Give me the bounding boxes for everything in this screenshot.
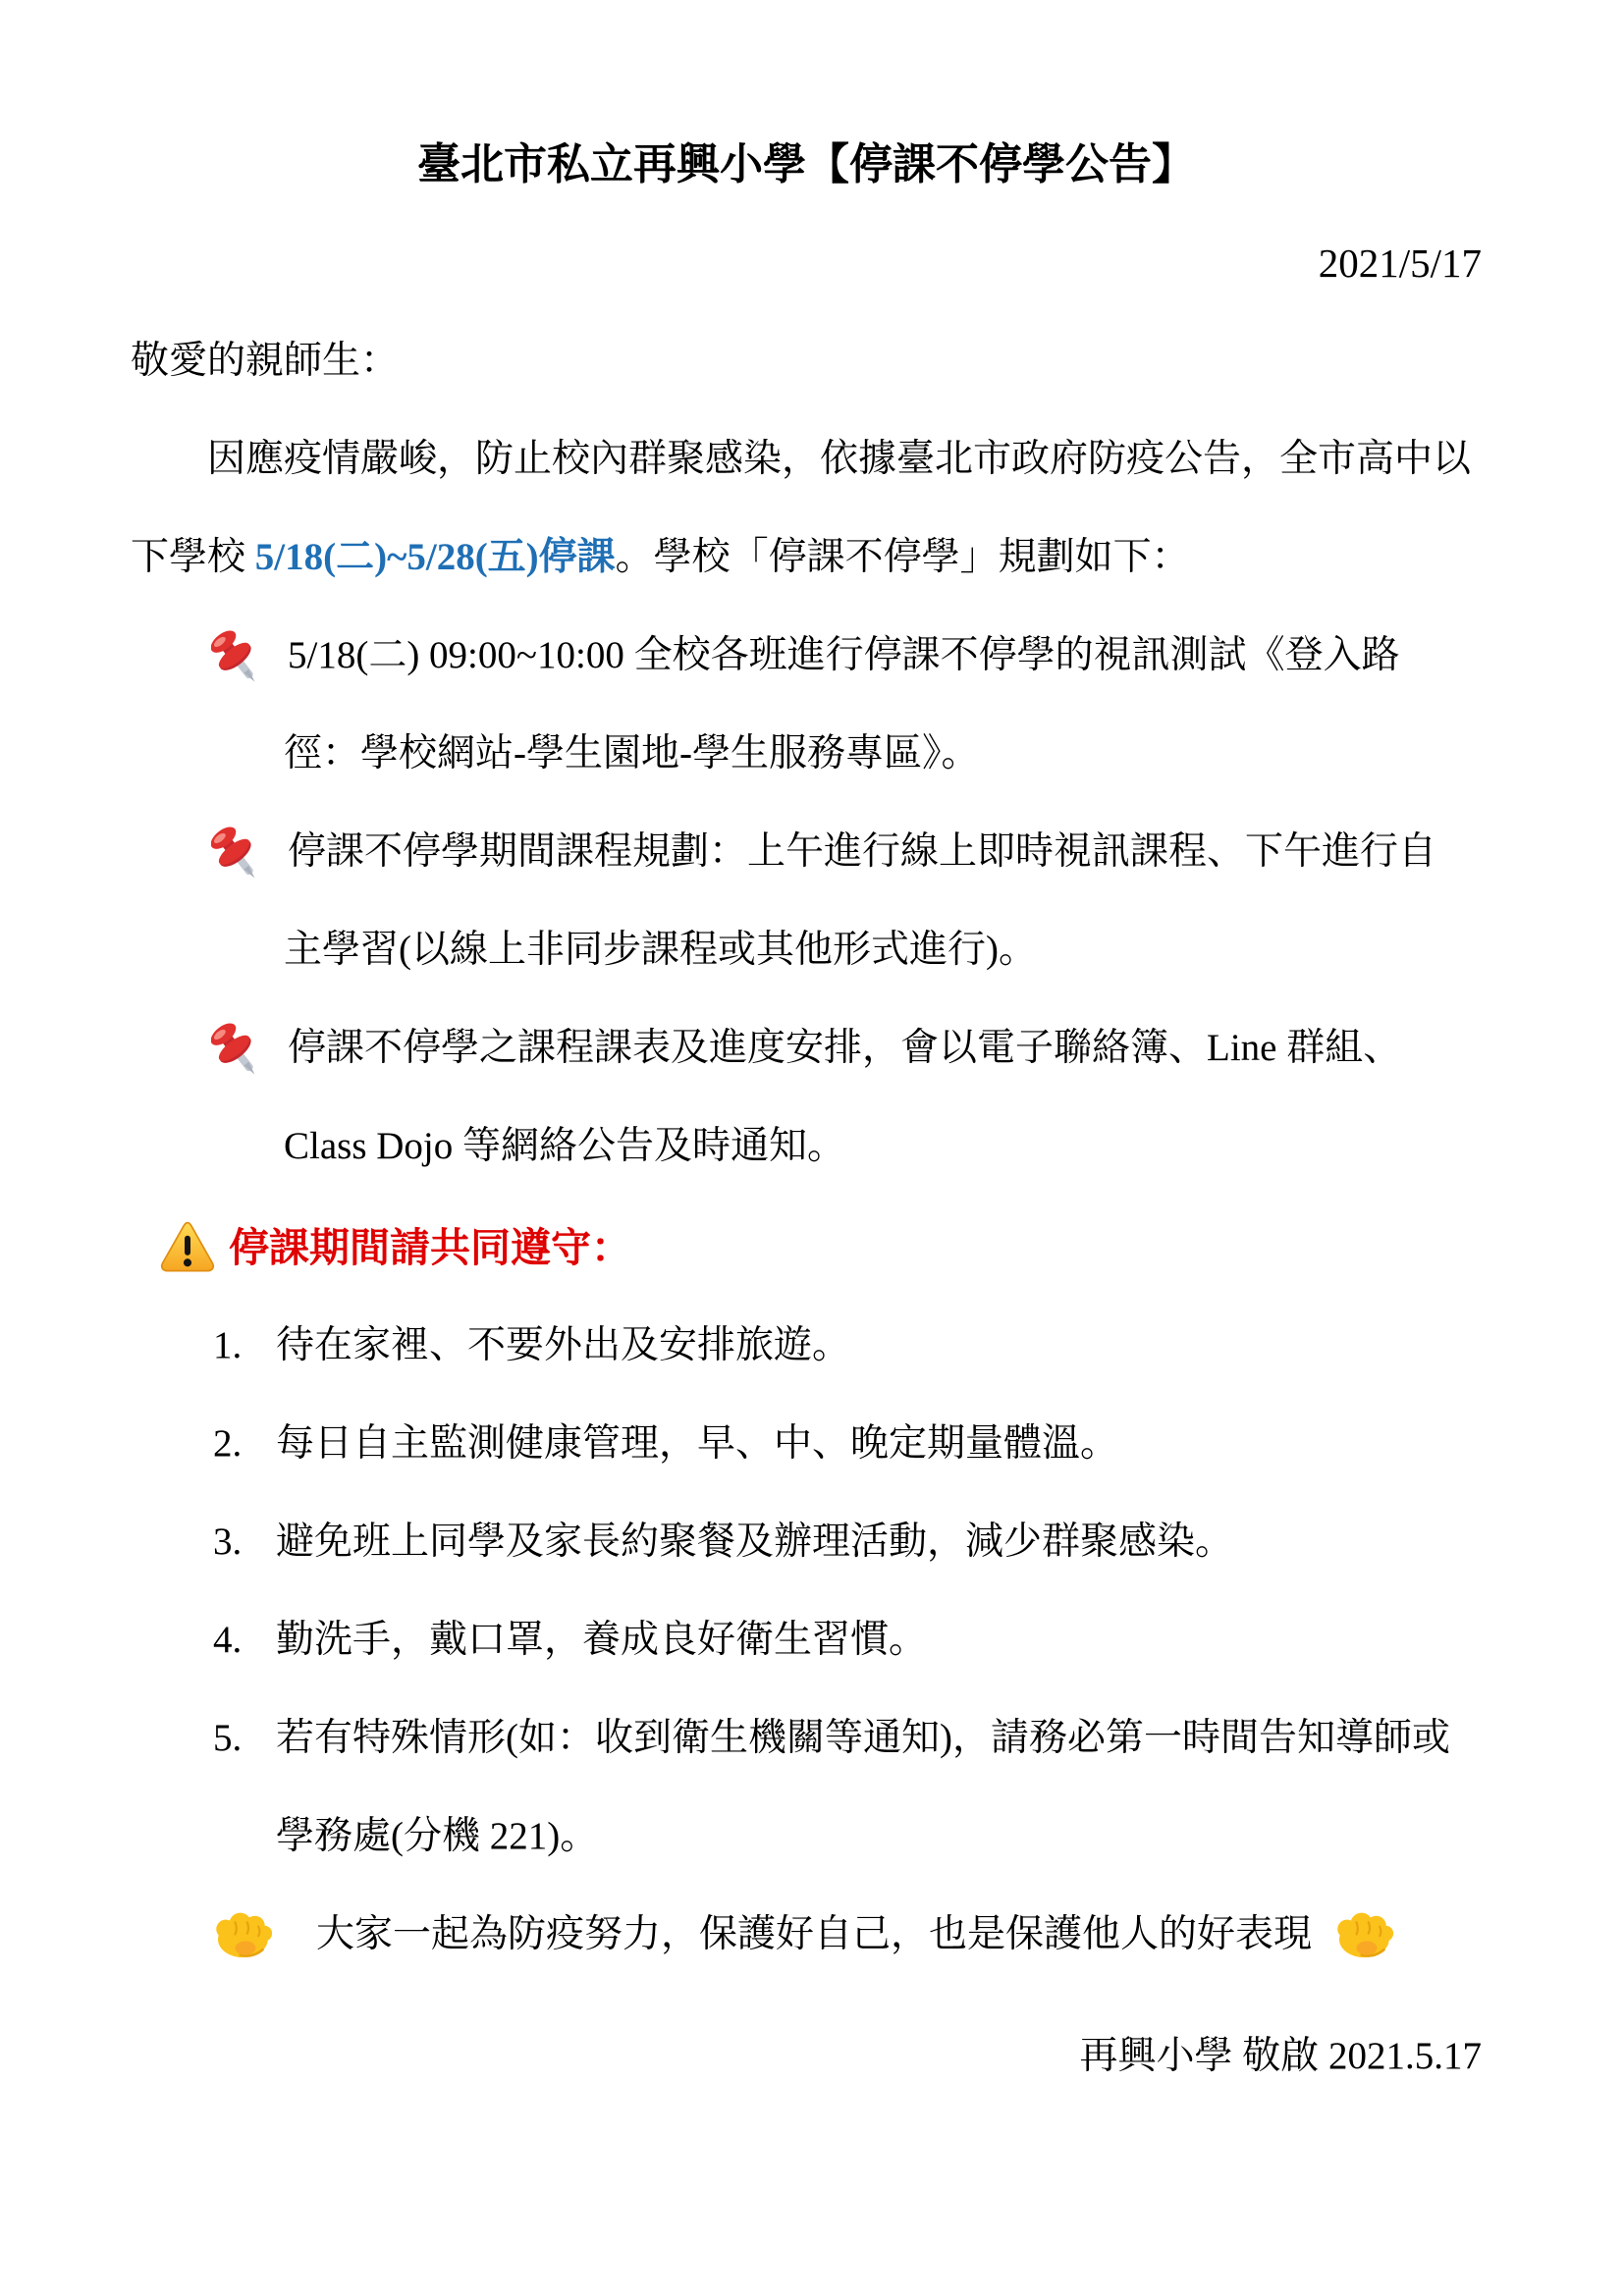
pushpin-icon	[211, 627, 262, 690]
rule-number: 5.	[213, 1689, 276, 1788]
pin-item-text: Class Dojo 等網絡公告及時通知。	[284, 1097, 1482, 1196]
rule-number: 1.	[213, 1297, 276, 1395]
pin-item: 停課不停學期間課程規劃：上午進行線上即時視訊課程、下午進行自 主學習(以線上非同…	[131, 803, 1482, 999]
rule-text: 待在家裡、不要外出及安排旅遊。	[276, 1324, 850, 1366]
document-date: 2021/5/17	[131, 214, 1482, 312]
pin-item-text: 停課不停學之課程課表及進度安排，會以電子聯絡簿、Line 群組、	[288, 1027, 1401, 1069]
closing-text: 大家一起為防疫努力，保護好自己，也是保護他人的好表現	[316, 1913, 1312, 1955]
intro-line-2-post: 。學校「停課不停學」規劃如下：	[616, 536, 1190, 578]
pin-item-text: 停課不停學期間課程規劃：上午進行線上即時視訊課程、下午進行自	[288, 830, 1436, 873]
rule-number: 3.	[213, 1493, 276, 1591]
rule-item: 4.勤洗手，戴口罩，養成良好衛生習慣。	[131, 1591, 1482, 1689]
salutation: 敬愛的親師生：	[131, 312, 1482, 410]
warning-heading-row: 停課期間請共同遵守：	[160, 1196, 1482, 1297]
document-page: 臺北市私立再興小學【停課不停學公告】 2021/5/17 敬愛的親師生： 因應疫…	[0, 0, 1624, 2296]
intro-line-1: 因應疫情嚴峻，防止校內群聚感染，依據臺北市政府防疫公告，全市高中以	[131, 410, 1482, 508]
pin-item: 5/18(二) 09:00~10:00 全校各班進行停課不停學的視訊測試《登入路…	[131, 607, 1482, 803]
rule-number: 4.	[213, 1591, 276, 1689]
pin-item: 停課不停學之課程課表及進度安排，會以電子聯絡簿、Line 群組、 Class D…	[131, 999, 1482, 1196]
closing-line: 大家一起為防疫努力，保護好自己，也是保護他人的好表現	[131, 1886, 1482, 1984]
pin-item-text: 5/18(二) 09:00~10:00 全校各班進行停課不停學的視訊測試《登入路	[288, 634, 1400, 676]
rule-item: 3.避免班上同學及家長約聚餐及辦理活動，減少群聚感染。	[131, 1493, 1482, 1591]
rule-item: 5.若有特殊情形(如：收到衛生機關等通知)，請務必第一時間告知導師或 學務處(分…	[131, 1689, 1482, 1886]
rule-number: 2.	[213, 1395, 276, 1493]
pin-item-text: 徑：學校網站-學生園地-學生服務專區》。	[284, 705, 1482, 803]
rule-text: 學務處(分機 221)。	[276, 1788, 1482, 1886]
suspension-dates-highlight: 5/18(二)~5/28(五)停課	[255, 536, 616, 578]
rule-text: 避免班上同學及家長約聚餐及辦理活動，減少群聚感染。	[276, 1521, 1233, 1563]
pin-item-text: 主學習(以線上非同步課程或其他形式進行)。	[284, 901, 1482, 999]
fist-icon	[1335, 1910, 1398, 1965]
fist-icon	[214, 1910, 277, 1965]
rule-text: 勤洗手，戴口罩，養成良好衛生習慣。	[276, 1619, 927, 1661]
pushpin-icon	[211, 1020, 262, 1083]
intro-paragraph: 因應疫情嚴峻，防止校內群聚感染，依據臺北市政府防疫公告，全市高中以 下學校 5/…	[131, 410, 1482, 607]
pushpin-icon	[211, 824, 262, 886]
warning-heading: 停課期間請共同遵守：	[229, 1225, 631, 1270]
rule-item: 1.待在家裡、不要外出及安排旅遊。	[131, 1297, 1482, 1395]
warning-icon	[160, 1221, 215, 1274]
intro-line-2: 下學校 5/18(二)~5/28(五)停課。學校「停課不停學」規劃如下：	[131, 508, 1482, 607]
page-title: 臺北市私立再興小學【停課不停學公告】	[131, 116, 1482, 214]
signature: 再興小學 敬啟 2021.5.17	[131, 2007, 1482, 2106]
intro-line-2-pre: 下學校	[131, 536, 255, 578]
rule-text: 若有特殊情形(如：收到衛生機關等通知)，請務必第一時間告知導師或	[276, 1717, 1450, 1759]
rule-text: 每日自主監測健康管理，早、中、晚定期量體溫。	[276, 1422, 1118, 1465]
rule-item: 2.每日自主監測健康管理，早、中、晚定期量體溫。	[131, 1395, 1482, 1493]
